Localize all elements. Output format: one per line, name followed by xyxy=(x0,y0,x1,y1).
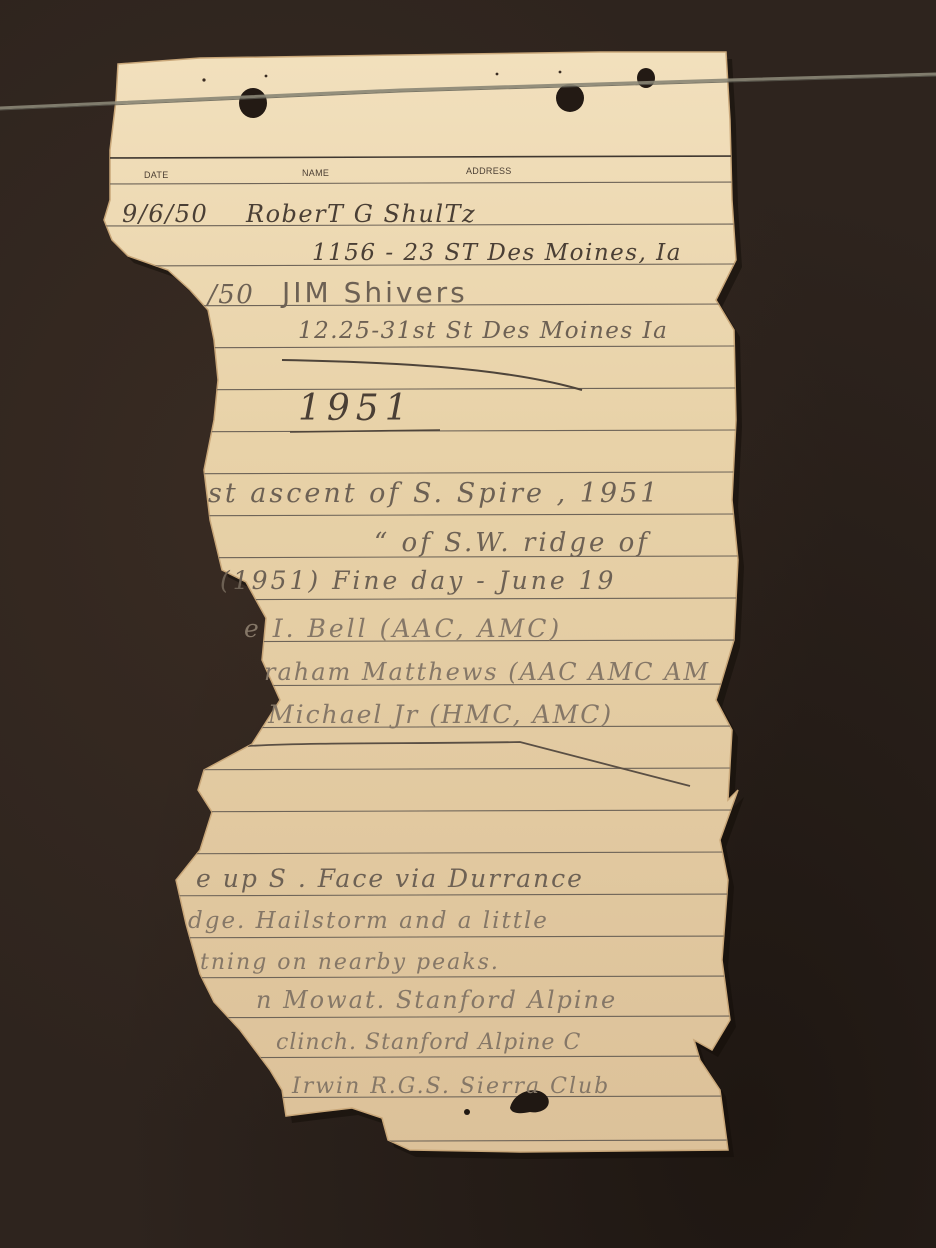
entry-address: 1156 - 23 ST Des Moines, Ia xyxy=(312,240,682,266)
note-line: Michael Jr (HMC, AMC) xyxy=(268,700,613,729)
note-line: e up S . Face via Durrance xyxy=(196,864,584,893)
pin-prick xyxy=(496,73,499,76)
note-line: clinch. Stanford Alpine C xyxy=(276,1030,581,1055)
note-line: (1951) Fine day - June 19 xyxy=(220,566,616,595)
punch-hole-right xyxy=(556,84,584,112)
note-line: Irwin R.G.S. Sierra Club xyxy=(292,1074,610,1099)
entry-date: 9/6/50 xyxy=(122,200,208,228)
address-column-label: ADDRESS xyxy=(466,166,512,176)
note-line: “ of S.W. ridge of xyxy=(374,528,650,558)
entry-address: 12.25-31st St Des Moines Ia xyxy=(298,318,668,344)
punch-hole-left xyxy=(239,88,267,118)
note-line: dge. Hailstorm and a little xyxy=(188,908,549,934)
note-line: n Mowat. Stanford Alpine xyxy=(256,986,617,1014)
date-column-label: DATE xyxy=(144,170,169,180)
year-heading: 1951 xyxy=(298,388,414,429)
pin-prick xyxy=(202,78,205,81)
entry-name: RoberT G ShulTz xyxy=(246,200,476,228)
note-line: e I. Bell (AAC, AMC) xyxy=(244,614,562,643)
pin-prick xyxy=(265,75,268,78)
small-hole xyxy=(464,1109,470,1115)
entry-name: JIM Shivers xyxy=(282,276,468,309)
photo-scene: DATE NAME ADDRESS 9/6/50 RoberT G ShulTz… xyxy=(0,0,936,1248)
name-column-label: NAME xyxy=(302,168,329,178)
note-line: raham Matthews (AAC AMC AM xyxy=(264,658,710,686)
pin-prick xyxy=(559,71,562,74)
note-line: st ascent of S. Spire , 1951 xyxy=(208,478,660,509)
entry-date: /50 xyxy=(208,280,254,310)
note-line: tning on nearby peaks. xyxy=(200,950,500,975)
